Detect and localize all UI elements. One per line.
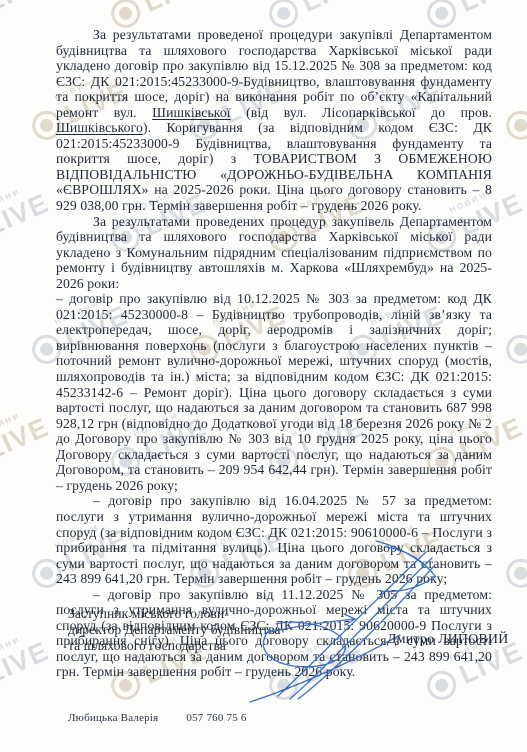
paragraph-contract-303: – договір про закупівлю від 10.12.2025 №… (56, 291, 492, 493)
watermark-brand: LIVE (0, 189, 53, 241)
document-page: За результатами проведеної процедури зак… (0, 0, 527, 752)
live-logo-icon (502, 106, 527, 144)
watermark-brand: LIVE (456, 0, 527, 17)
watermark-subtitle: НОВИНИ (0, 187, 22, 215)
watermark-brand: LIVE (0, 0, 53, 17)
watermark-brand: LIVE (140, 0, 211, 17)
paragraph-shlyakhrembud-intro: За результатами проведених процедур заку… (56, 214, 492, 292)
document-footer: Любицька Валерія 057 760 75 6 (68, 712, 247, 724)
paragraph-contract-308: За результатами проведеної процедури зак… (56, 27, 492, 214)
watermark-subtitle: НОВИНИ (0, 635, 22, 663)
watermark-brand: LIVE (0, 637, 53, 689)
live-watermark: НОВИНИLIVE (502, 301, 527, 369)
watermark-brand: LIVE (0, 413, 53, 465)
signatory-name: Дмитро ЛИПОВИЙ (387, 631, 509, 647)
underlined-street-name: Шишківського (56, 120, 143, 135)
scanned-document: { "watermark": { "brand": "LIVE", "sub":… (0, 0, 527, 752)
live-watermark: НОВИНИLIVE (502, 77, 527, 145)
underlined-street-name: Шишківської (152, 105, 231, 120)
contact-name: Любицька Валерія (68, 712, 158, 724)
live-watermark: НОВИНИLIVE (0, 189, 54, 257)
watermark-subtitle: НОВИНИ (0, 411, 22, 439)
live-watermark: НОВИНИLIVE (0, 0, 54, 32)
live-logo-icon (502, 554, 527, 592)
live-logo-icon (502, 330, 527, 368)
watermark-brand: LIVE (298, 0, 369, 17)
contact-phone: 057 760 75 6 (186, 712, 246, 724)
paragraph-text: (від вул. Лісопарківської до пров. (231, 105, 492, 120)
live-watermark: НОВИНИLIVE (502, 525, 527, 593)
handwritten-signature (248, 538, 444, 710)
live-watermark: НОВИНИLIVE (0, 637, 54, 705)
live-watermark: НОВИНИLIVE (0, 413, 54, 481)
